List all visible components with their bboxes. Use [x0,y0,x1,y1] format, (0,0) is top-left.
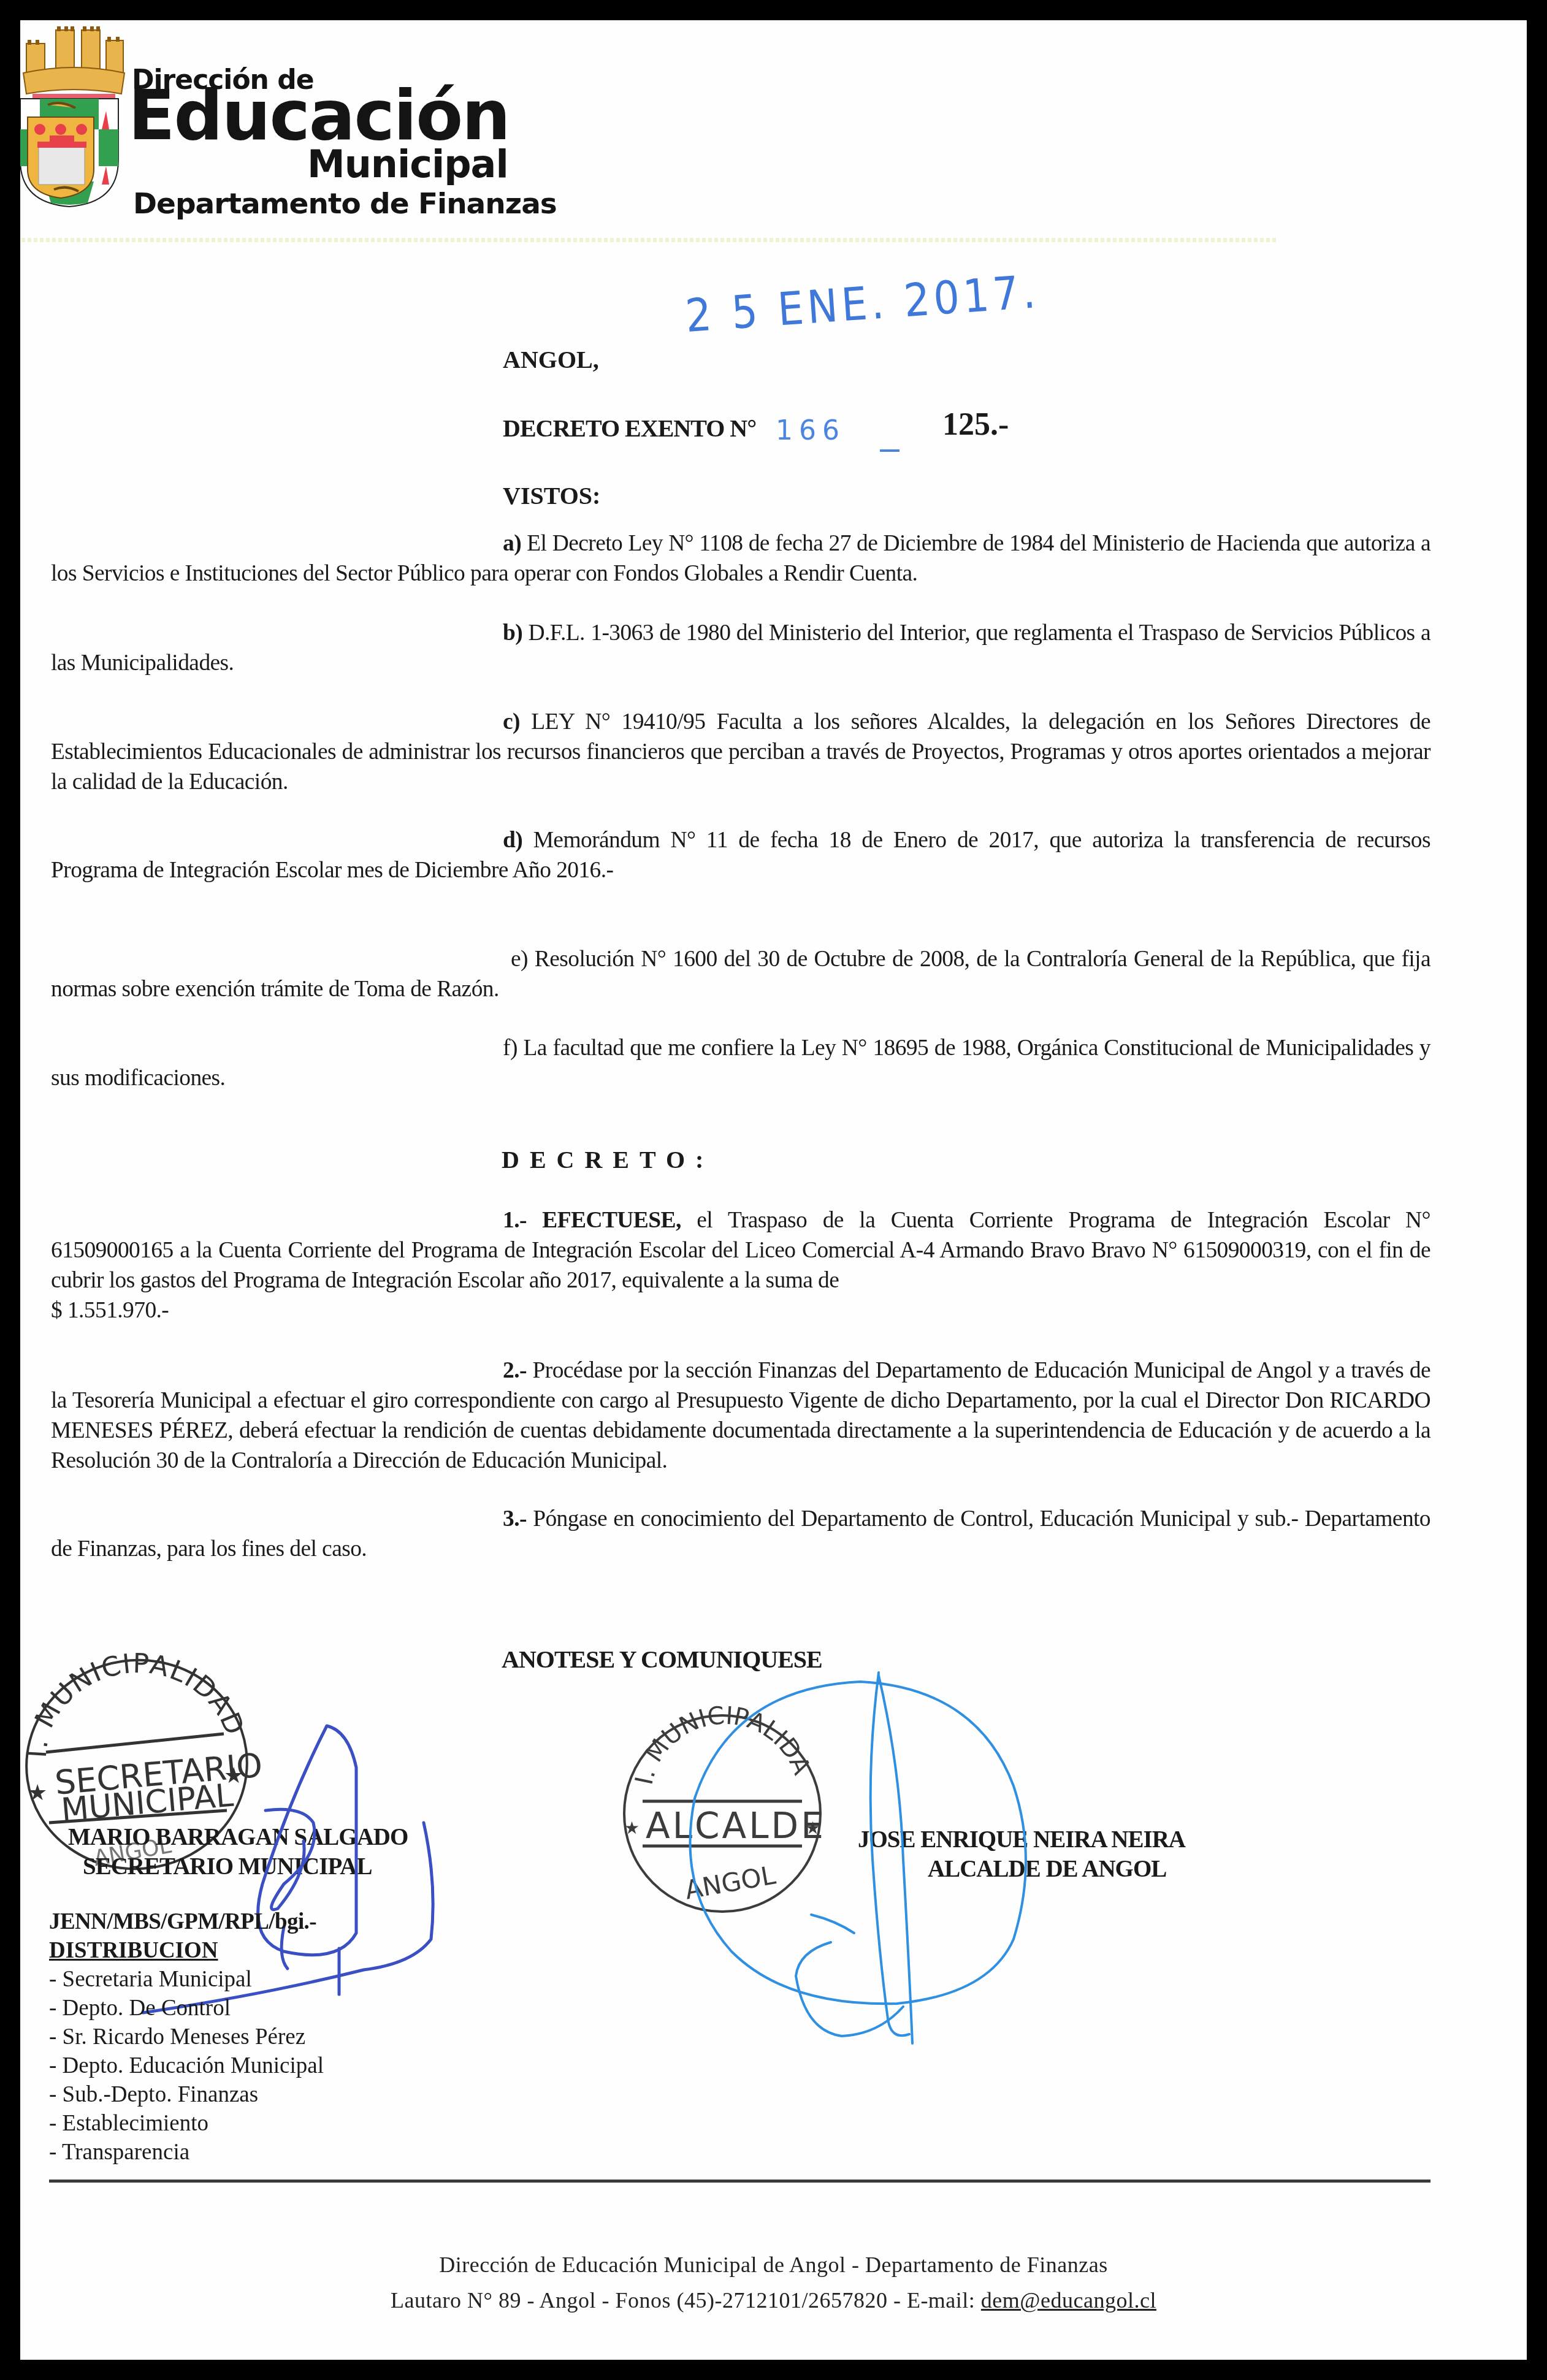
distribution-item: - Depto. De Control [49,1994,324,2023]
distribution-item: - Secretaria Municipal [49,1965,324,1994]
distribution-block: JENN/MBS/GPM/RPL/bgi.- DISTRIBUCION - Se… [49,1907,324,2167]
distribution-item: - Sr. Ricardo Meneses Pérez [49,2023,324,2051]
distribution-item: - Establecimiento [49,2109,324,2138]
footer-line-1: Dirección de Educación Municipal de Ango… [20,2252,1527,2278]
distribution-item: - Sub.-Depto. Finanzas [49,2080,324,2109]
distribution-item: - Depto. Educación Municipal [49,2051,324,2080]
distribution-item: - Transparencia [49,2138,324,2167]
document-page: Dirección de Educación Municipal Departa… [20,20,1527,2360]
footer-divider [49,2180,1430,2183]
distribution-heading: DISTRIBUCION [49,1936,324,1965]
initials: JENN/MBS/GPM/RPL/bgi.- [49,1907,324,1936]
footer-line-2: Lautaro N° 89 - Angol - Fonos (45)-27121… [20,2287,1527,2313]
footer-address: Lautaro N° 89 - Angol - Fonos (45)-27121… [391,2288,981,2313]
footer-email-link[interactable]: dem@educangol.cl [981,2288,1156,2313]
